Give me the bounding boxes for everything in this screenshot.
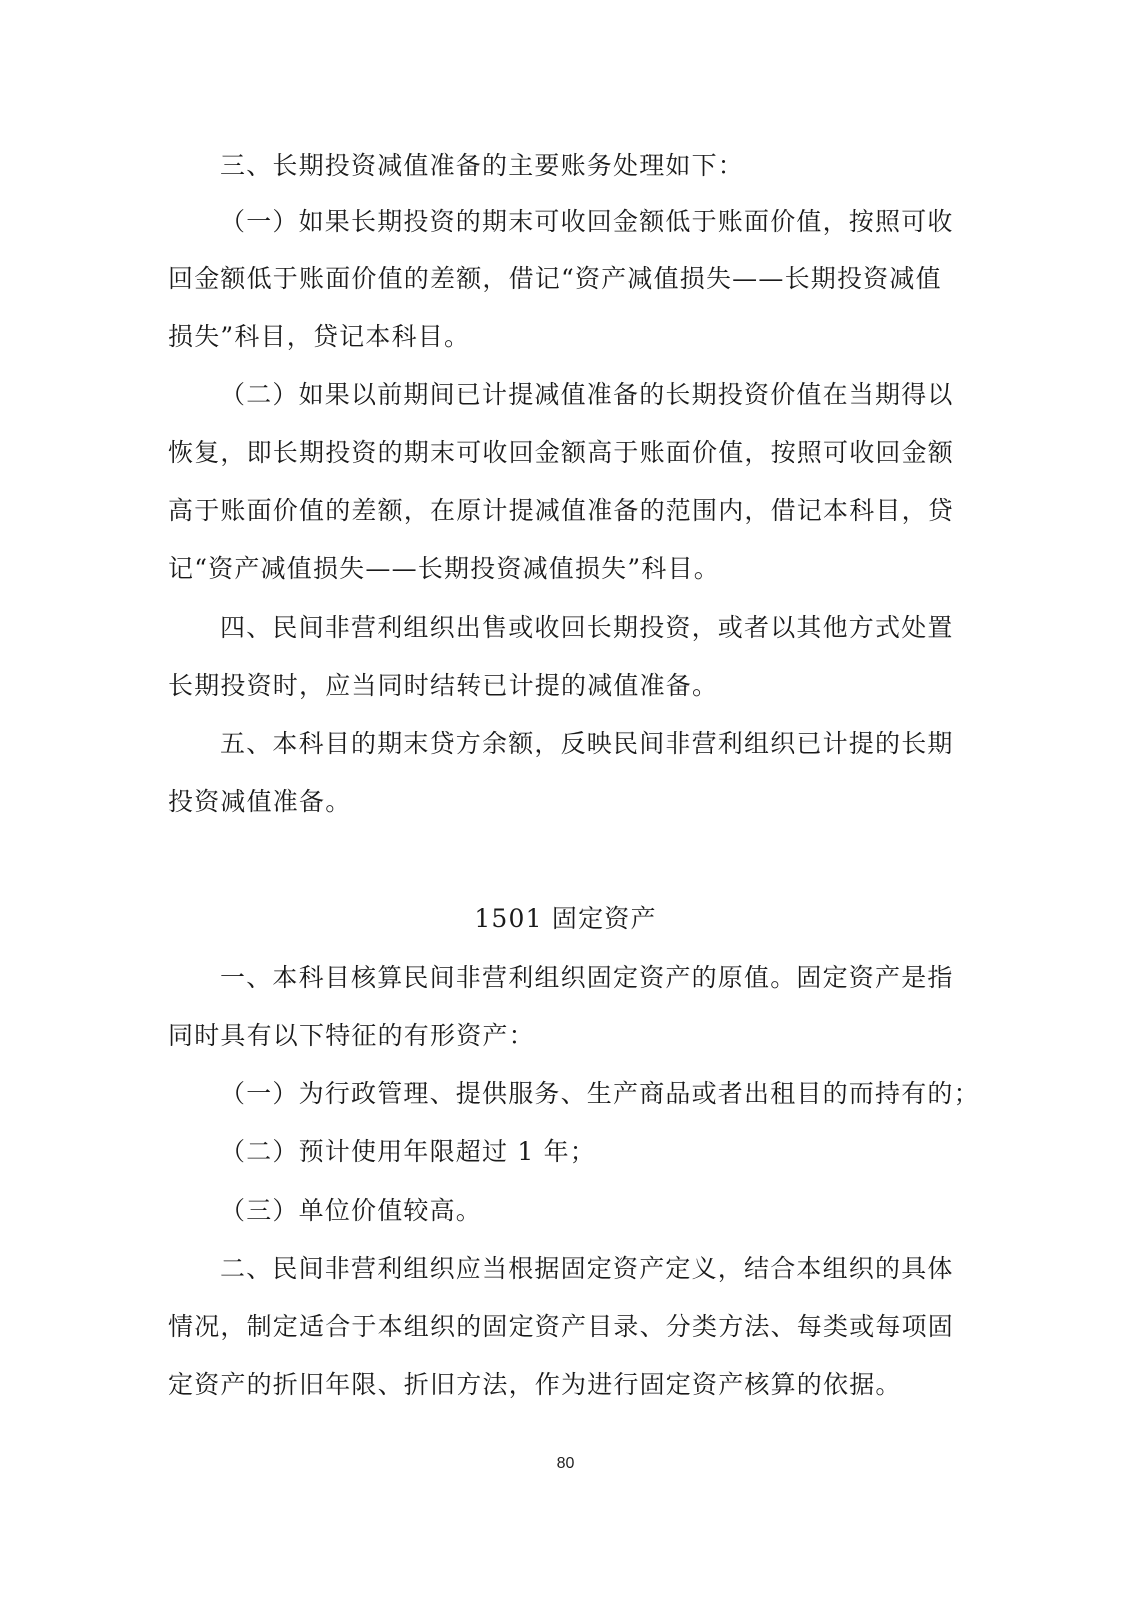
- paragraph-b-item-2-line-2: 情况，制定适合于本组织的固定资产目录、分类方法、每类或每项固: [168, 1312, 943, 1342]
- paragraph-sub-item-1-line-1: （一）如果长期投资的期末可收回金额低于账面价值，按照可收: [220, 207, 995, 237]
- page-number: 80: [0, 1455, 1131, 1473]
- paragraph-sub-item-1-line-2: 回金额低于账面价值的差额，借记“资产减值损失——长期投资减值: [168, 264, 943, 294]
- paragraph-sub-item-2-line-3: 高于账面价值的差额，在原计提减值准备的范围内，借记本科目，贷: [168, 496, 943, 526]
- section-title: 1501 固定资产: [0, 904, 1131, 934]
- paragraph-b-item-1-line-2: 同时具有以下特征的有形资产：: [168, 1021, 943, 1051]
- paragraph-sub-item-1-line-3: 损失”科目，贷记本科目。: [168, 322, 943, 352]
- paragraph-sub-item-2-line-2: 恢复，即长期投资的期末可收回金额高于账面价值，按照可收回金额: [168, 438, 943, 468]
- feature-item-3: （三）单位价值较高。: [220, 1196, 995, 1226]
- feature-item-1: （一）为行政管理、提供服务、生产商品或者出租目的而持有的；: [220, 1079, 995, 1109]
- paragraph-b-item-1-line-1: 一、本科目核算民间非营利组织固定资产的原值。固定资产是指: [220, 963, 995, 993]
- feature-item-2: （二）预计使用年限超过 1 年；: [220, 1137, 995, 1167]
- paragraph-b-item-2-line-3: 定资产的折旧年限、折旧方法，作为进行固定资产核算的依据。: [168, 1370, 943, 1400]
- paragraph-sub-item-2-line-1: （二）如果以前期间已计提减值准备的长期投资价值在当期得以: [220, 380, 995, 410]
- document-page: 三、长期投资减值准备的主要账务处理如下： （一）如果长期投资的期末可收回金额低于…: [0, 0, 1131, 1600]
- paragraph-item-4-line-2: 长期投资时，应当同时结转已计提的减值准备。: [168, 671, 943, 701]
- paragraph-item-3-heading: 三、长期投资减值准备的主要账务处理如下：: [220, 151, 995, 181]
- paragraph-item-5-line-2: 投资减值准备。: [168, 787, 943, 817]
- paragraph-item-4-line-1: 四、民间非营利组织出售或收回长期投资，或者以其他方式处置: [220, 613, 995, 643]
- paragraph-sub-item-2-line-4: 记“资产减值损失——长期投资减值损失”科目。: [168, 554, 943, 584]
- paragraph-item-5-line-1: 五、本科目的期末贷方余额，反映民间非营利组织已计提的长期: [220, 729, 995, 759]
- paragraph-b-item-2-line-1: 二、民间非营利组织应当根据固定资产定义，结合本组织的具体: [220, 1254, 995, 1284]
